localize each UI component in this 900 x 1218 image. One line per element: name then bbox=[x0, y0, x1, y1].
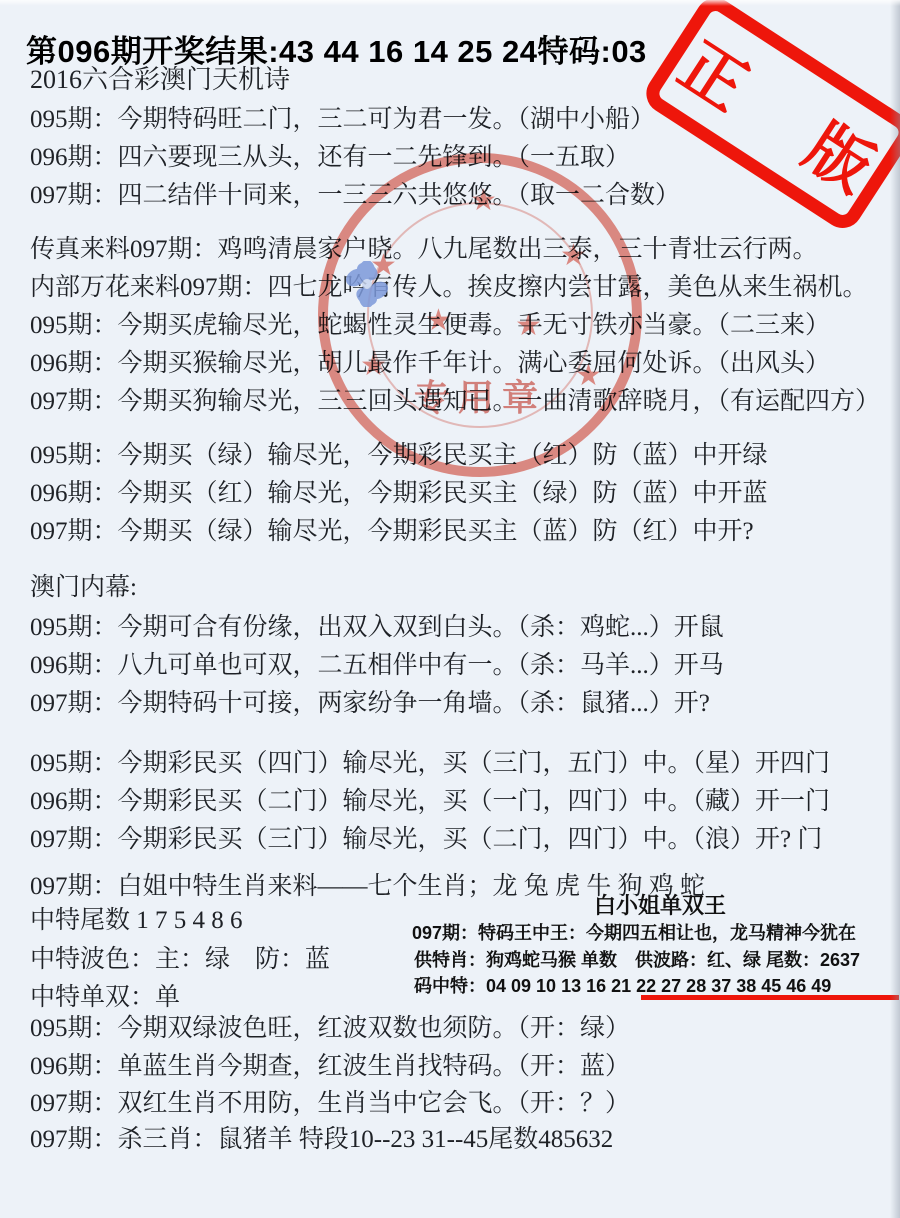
kill-three-zodiac-line: 097期：杀三肖：鼠猪羊 特段10--23 31--45尾数485632 bbox=[30, 1124, 613, 1156]
color-buy-line-097: 097期：今期买（绿）输尽光，今期彩民买主（蓝）防（红）中开? bbox=[30, 516, 754, 548]
red-underline bbox=[641, 995, 899, 1000]
poems-title: 2016六合彩澳门天机诗 bbox=[30, 64, 290, 96]
doors-line-096: 096期：今期彩民买（二门）输尽光，买（一门，四门）中。（藏）开一门 bbox=[30, 786, 830, 818]
baixiaojie-line-2: 供特肖：狗鸡蛇马猴 单数 供波路：红、绿 尾数：2637 bbox=[414, 946, 860, 972]
doors-line-095: 095期：今期彩民买（四门）输尽光，买（三门，五门）中。（星）开四门 bbox=[30, 748, 830, 780]
poem-line-095: 095期：今期特码旺二门，三二可为君一发。（湖中小船） bbox=[30, 104, 655, 136]
baijie-wave-color: 中特波色：主：绿 防：蓝 bbox=[30, 944, 330, 976]
baixiaojie-title: 白小姐单双王 bbox=[450, 889, 870, 920]
poem-line-096: 096期：四六要现三从头，还有一二先锋到。（一五取） bbox=[30, 142, 630, 174]
wave-line-095: 095期：今期双绿波色旺，红波双数也须防。（开：绿） bbox=[30, 1013, 630, 1045]
baixiaojie-line-1: 097期：特码王中王：今期四五相让也，龙马精神今犹在 bbox=[412, 919, 856, 945]
zhengban-stamp-text: 正 版 bbox=[664, 16, 900, 228]
fax-line-4: 096期：今期买猴输尽光，胡儿最作千年计。满心委屈何处诉。（出风头） bbox=[30, 348, 830, 380]
fax-line-1: 传真来料097期：鸡鸣清晨家户晓。八九尾数出三泰，三十青壮云行两。 bbox=[30, 234, 818, 266]
tip-sheet-page: ★ ★ ★ ★ ★ ★ ★ 专用章 第096期开奖结果:43 44 16 14 … bbox=[0, 0, 900, 1218]
fax-line-3: 095期：今期买虎输尽光，蛇蝎性灵生便毒。手无寸铁亦当豪。（二三来） bbox=[30, 310, 830, 342]
scan-edge-shadow bbox=[890, 0, 900, 1218]
color-buy-line-095: 095期：今期买（绿）输尽光，今期彩民买主（红）防（蓝）中开绿 bbox=[30, 440, 768, 472]
neimu-line-097: 097期：今期特码十可接，两家纷争一角墙。（杀：鼠猪...）开? bbox=[30, 688, 710, 720]
baijie-tail-numbers: 中特尾数 1 7 5 4 8 6 bbox=[30, 905, 243, 937]
scan-edge-highlight bbox=[0, 0, 900, 6]
wave-line-096: 096期：单蓝生肖今期查，红波生肖找特码。（开：蓝） bbox=[30, 1051, 630, 1083]
fax-line-5: 097期：今期买狗输尽光，三三回头遇知已。一曲清歌辞晓月，（有运配四方） bbox=[30, 386, 880, 418]
doors-line-097: 097期：今期彩民买（三门）输尽光，买（二门，四门）中。（浪）开? 门 bbox=[30, 824, 822, 856]
neimu-title: 澳门内幕: bbox=[30, 572, 137, 604]
neimu-line-096: 096期：八九可单也可双，二五相伴中有一。（杀：马羊...）开马 bbox=[30, 650, 724, 682]
neimu-line-095: 095期：今期可合有份缘，出双入双到白头。（杀：鸡蛇...）开鼠 bbox=[30, 612, 724, 644]
wave-line-097: 097期：双红生肖不用防，生肖当中它会飞。（开：？） bbox=[30, 1088, 630, 1120]
poem-line-097: 097期：四二结伴十同来，一三三六共悠悠。（取一二合数） bbox=[30, 180, 680, 212]
baijie-odd-even: 中特单双：单 bbox=[30, 982, 180, 1014]
color-buy-line-096: 096期：今期买（红）输尽光，今期彩民买主（绿）防（蓝）中开蓝 bbox=[30, 478, 768, 510]
fax-line-2: 内部万花来料097期：四七龙吟有传人。挨皮擦内尝甘露，美色从来生祸机。 bbox=[30, 272, 868, 304]
